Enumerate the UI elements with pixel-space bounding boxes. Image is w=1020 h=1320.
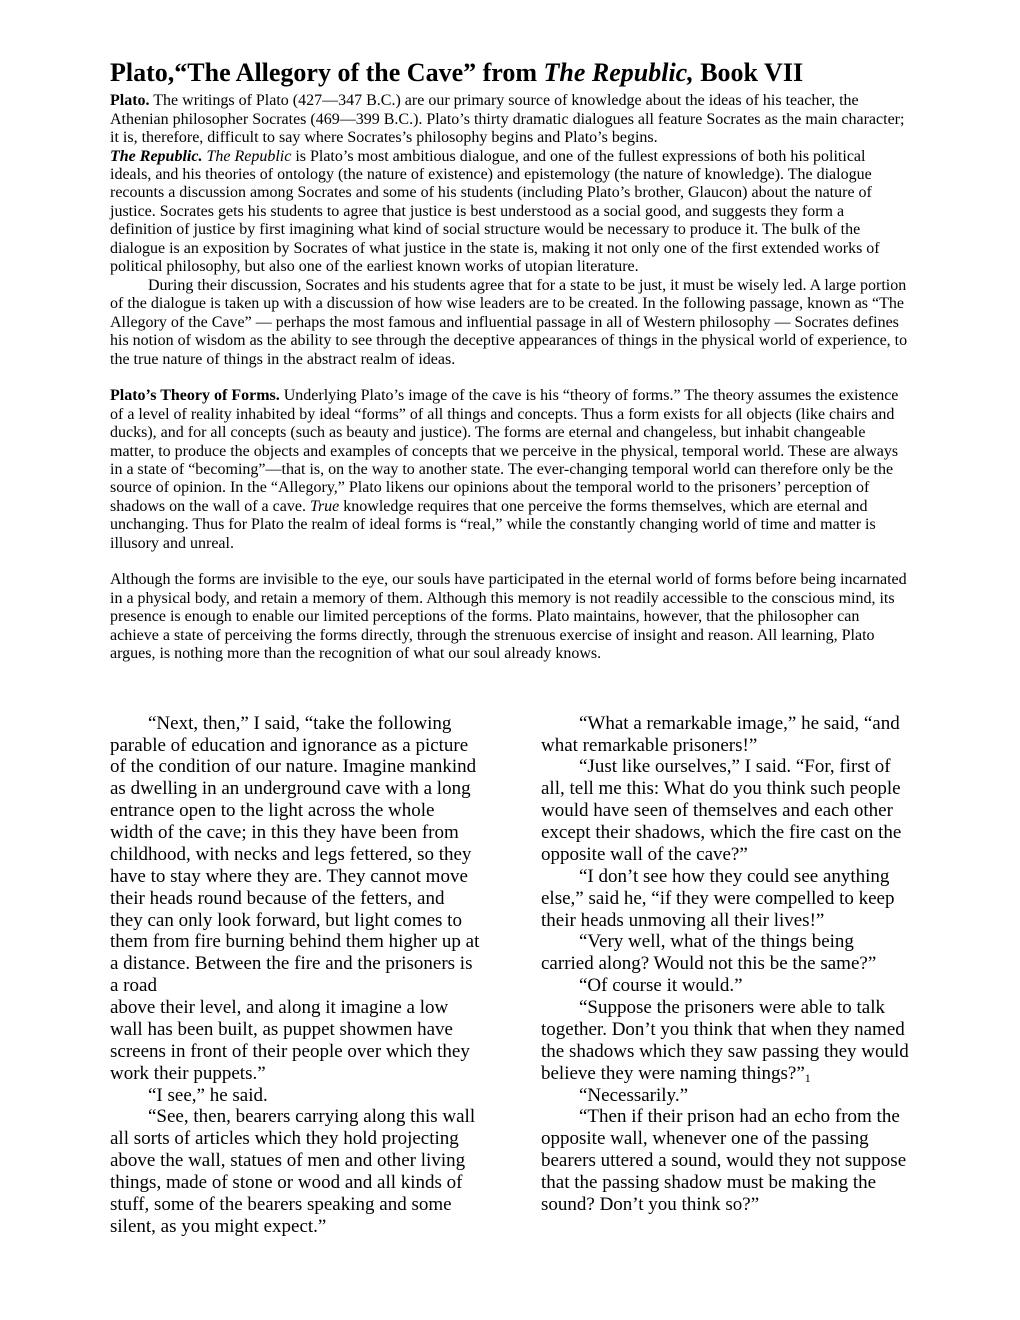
intro-text-discussion: During their discussion, Socrates and hi… — [110, 277, 907, 368]
title-part-republic-italic: The Republic, — [544, 58, 694, 87]
intro-paragraph-forms-invisible: Although the forms are invisible to the … — [110, 571, 910, 663]
intro-paragraph-plato: Plato. The writings of Plato (427—347 B.… — [110, 92, 910, 147]
dialogue-column-left: “Next, then,” I said, “take the followin… — [110, 713, 480, 1238]
dialogue-paragraph: “Suppose the prisoners were able to talk… — [541, 997, 910, 1085]
intro-true-italic: True — [310, 498, 339, 515]
intro-section: Plato. The writings of Plato (427—347 B.… — [110, 92, 910, 664]
intro-lead-plato: Plato. — [110, 92, 150, 109]
dialogue-paragraph: “Of course it would.” — [541, 975, 910, 997]
intro-lead-theory: Plato’s Theory of Forms. — [110, 387, 280, 404]
intro-lead-republic: The Republic. — [110, 148, 202, 165]
dialogue-paragraph: “Then if their prison had an echo from t… — [541, 1106, 910, 1215]
intro-paragraph-theory-of-forms: Plato’s Theory of Forms. Underlying Plat… — [110, 387, 910, 553]
dialogue-column-right: “What a remarkable image,” he said, “and… — [541, 713, 910, 1238]
document-title: Plato,“The Allegory of the Cave” from Th… — [110, 58, 910, 87]
dialogue-paragraph: “I don’t see how they could see anything… — [541, 866, 910, 932]
dialogue-paragraph: “I see,” he said. — [110, 1085, 480, 1107]
dialogue-paragraph-continuation: above their level, and along it imagine … — [110, 997, 480, 1085]
intro-republic-italic: The Republic — [202, 148, 291, 165]
dialogue-paragraph: “Very well, what of the things being car… — [541, 931, 910, 975]
dialogue-paragraph: “Just like ourselves,” I said. “For, fir… — [541, 756, 910, 865]
dialogue-paragraph: “Next, then,” I said, “take the followin… — [110, 713, 480, 997]
intro-paragraph-discussion: During their discussion, Socrates and hi… — [110, 277, 910, 369]
intro-text-republic: is Plato’s most ambitious dialogue, and … — [110, 148, 880, 276]
title-part-1: Plato,“The Allegory of the Cave” from — [110, 58, 544, 87]
title-part-3: Book VII — [694, 58, 803, 87]
footnote-marker: 1 — [805, 1071, 811, 1085]
dialogue-paragraph-text: “Suppose the prisoners were able to talk… — [541, 997, 909, 1084]
intro-text-theory-1: Underlying Plato’s image of the cave is … — [110, 387, 898, 515]
intro-text-plato: The writings of Plato (427—347 B.C.) are… — [110, 92, 904, 146]
dialogue-paragraph: “Necessarily.” — [541, 1085, 910, 1107]
intro-text-forms-invisible: Although the forms are invisible to the … — [110, 571, 907, 662]
dialogue-paragraph: “What a remarkable image,” he said, “and… — [541, 713, 910, 757]
dialogue-columns: “Next, then,” I said, “take the followin… — [110, 713, 910, 1238]
dialogue-paragraph: “See, then, bearers carrying along this … — [110, 1106, 480, 1237]
intro-paragraph-republic: The Republic. The Republic is Plato’s mo… — [110, 148, 910, 277]
document-page: Plato,“The Allegory of the Cave” from Th… — [0, 0, 1020, 1320]
